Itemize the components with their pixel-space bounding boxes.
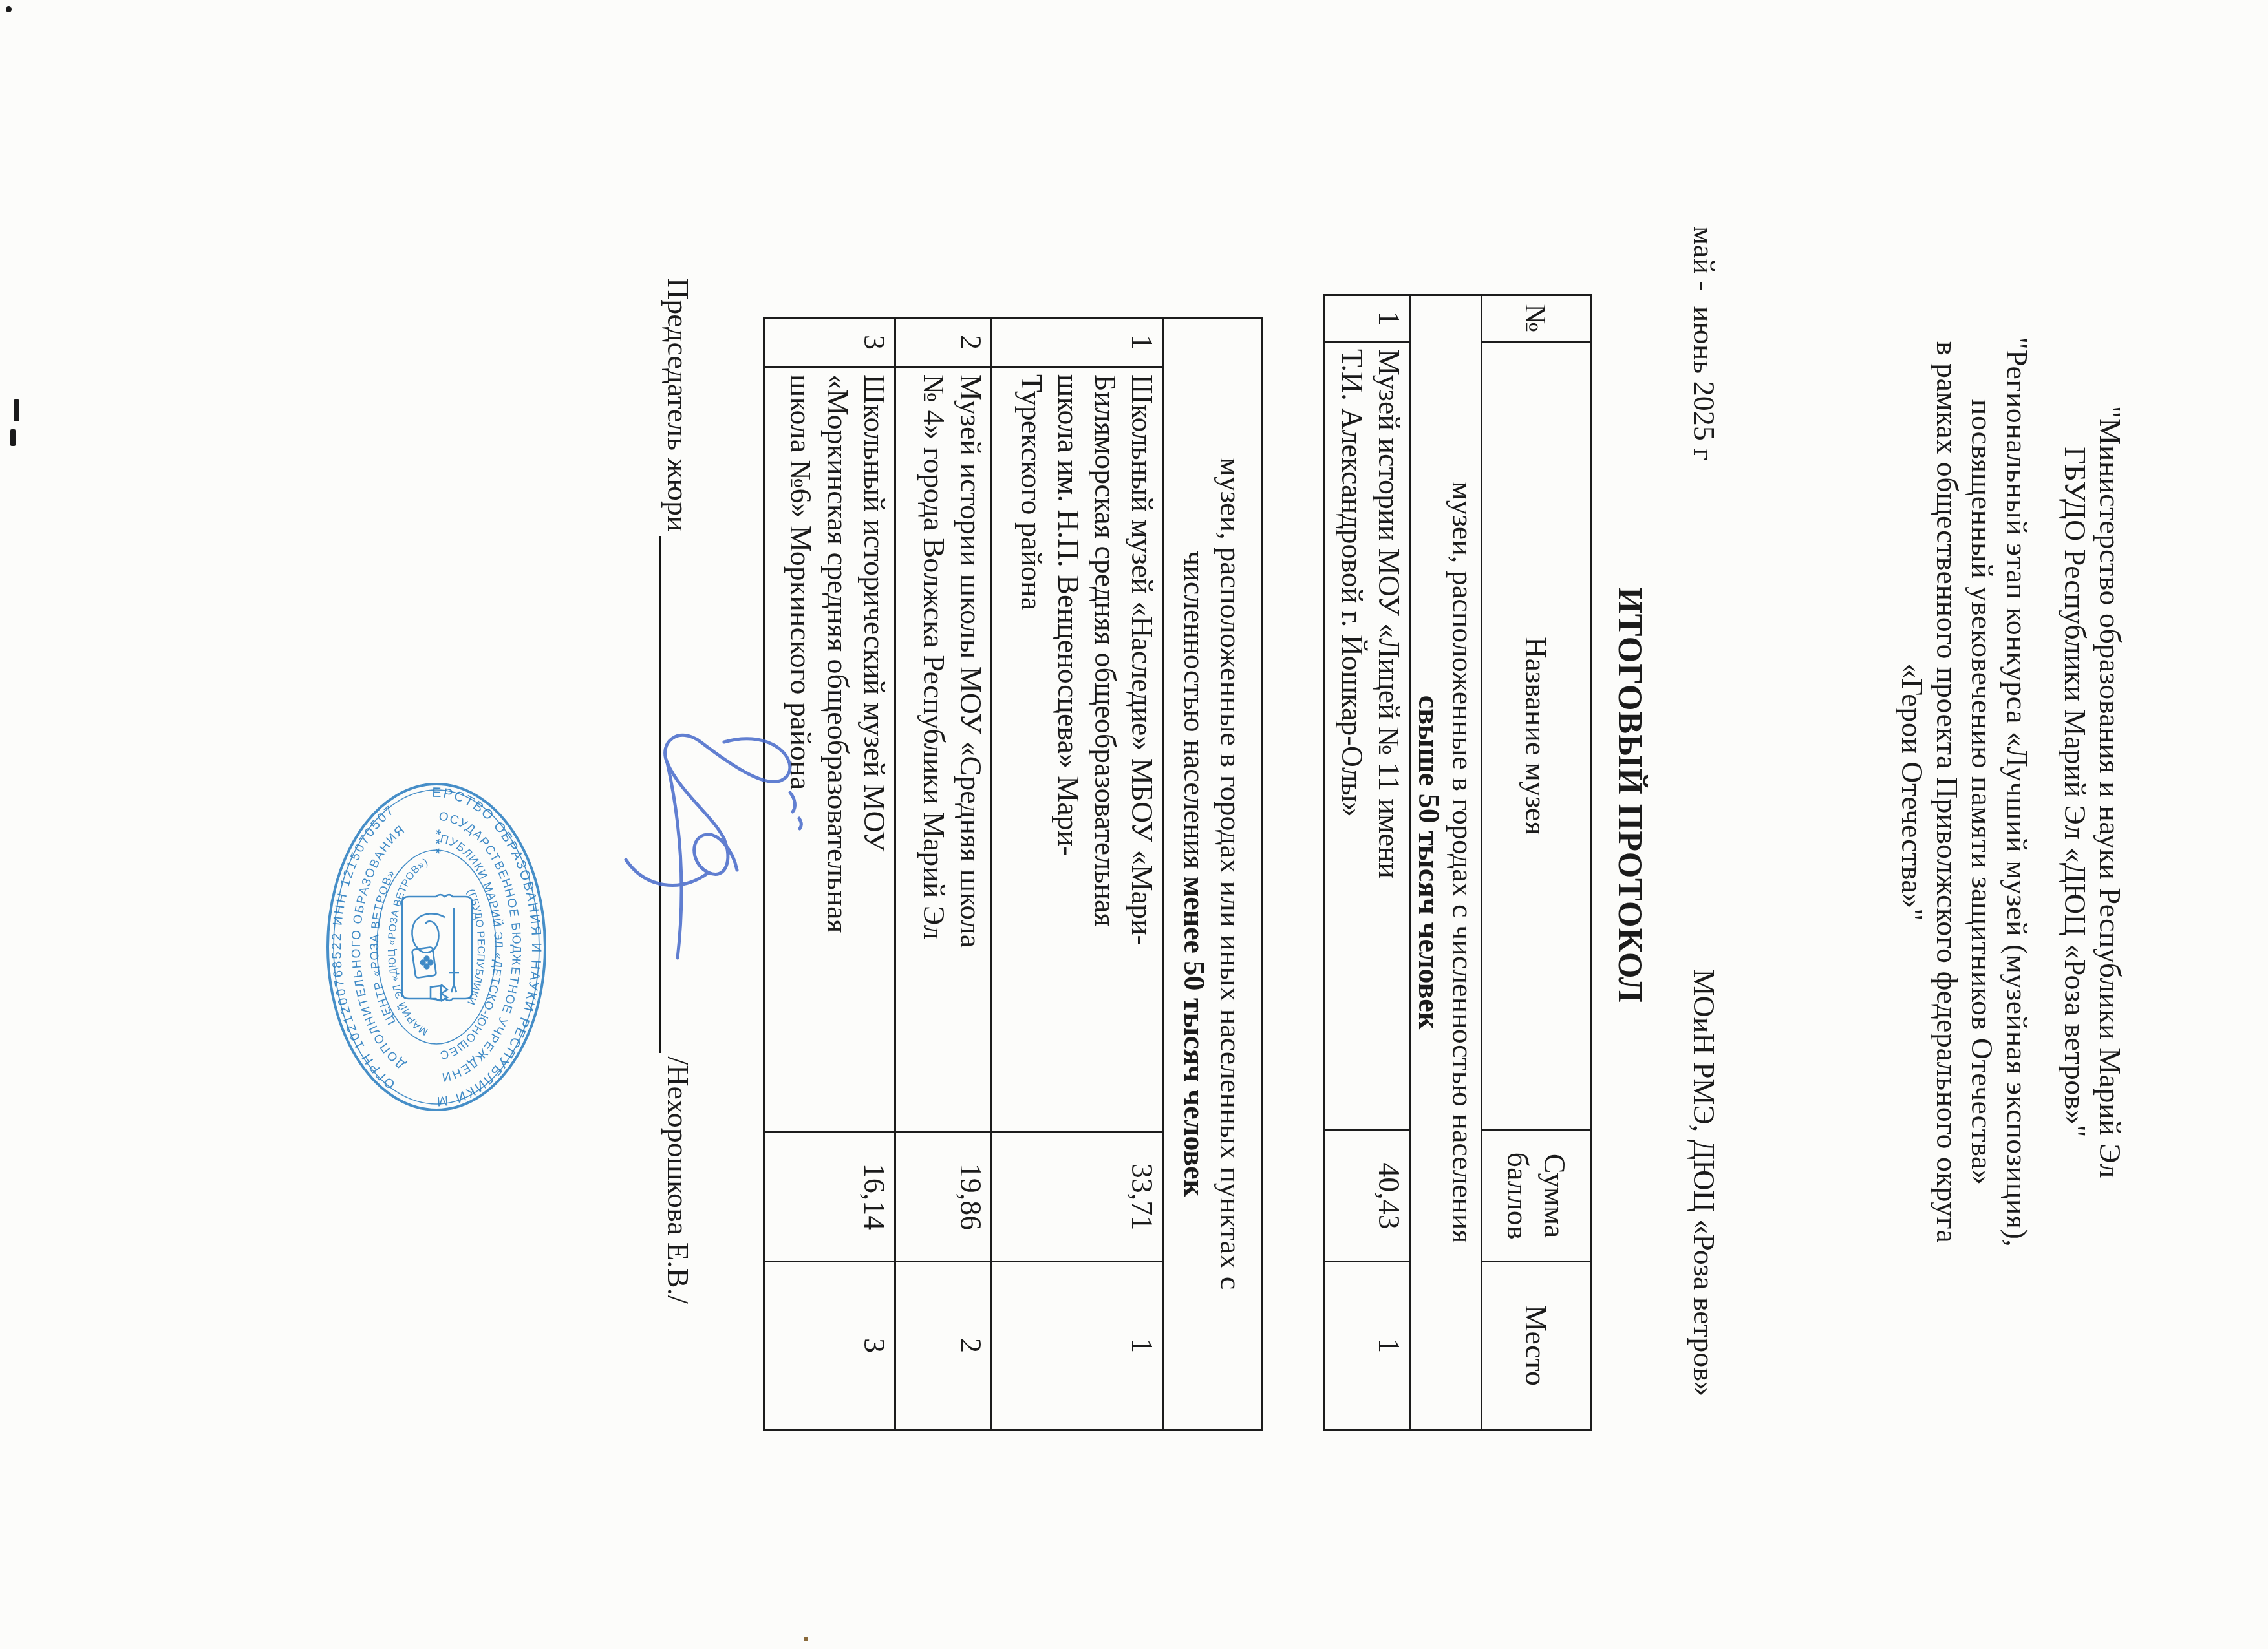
header-line-ministry: "Министерство образования и науки Респуб… — [2092, 90, 2127, 1494]
header-line-contest-2: посвященный увековечению памяти защитник… — [1964, 90, 1999, 1494]
museum-name: Музей истории школы МОУ «Средняя школа №… — [895, 367, 992, 1133]
row-number: 2 — [895, 318, 992, 367]
page-title: ИТОГОВЫЙ ПРОТОКОЛ — [1610, 0, 1649, 1590]
svg-text:МАРИЙ ЭЛ «ДЮЦ «РОЗА ВЕТРОВ»): МАРИЙ ЭЛ «ДЮЦ «РОЗА ВЕТРОВ») — [387, 856, 430, 1037]
row-number: 1 — [1324, 295, 1410, 342]
section2-line1: музеи, расположенные в городах или иных … — [1212, 325, 1248, 1422]
section-cell-under-50k: музеи, расположенные в городах или иных … — [1163, 318, 1262, 1430]
svg-text:(ГБУДО РЕСПУБЛИКИ: (ГБУДО РЕСПУБЛИКИ — [465, 888, 486, 1006]
column-header-name: Название музея — [1482, 342, 1591, 1131]
official-round-stamp: МИНИСТЕРСТВО ОБРАЗОВАНИЯ И НАУКИ РЕСПУБЛ… — [323, 779, 550, 1115]
scan-artifact — [6, 6, 12, 12]
table-row: 2 Музей истории школы МОУ «Средняя школа… — [895, 318, 992, 1430]
section1-line1: музеи, расположенные в городах с численн… — [1446, 303, 1479, 1422]
museum-name-line: Музей истории МОУ «Лицей № 11 имени — [1371, 349, 1407, 1123]
museum-name-line: школа им. Н.П. Венценосцева» Мари- — [1050, 374, 1087, 1125]
handwritten-signature — [618, 666, 812, 976]
rotated-scan-content: "Министерство образования и науки Респуб… — [0, 0, 2268, 1649]
signatory-name: /Нехорошкова Е.В./ — [659, 1057, 696, 1304]
organization-abbr: МОиН РМЭ, ДЮЦ «Роза ветров» — [1685, 970, 1722, 1396]
section-row-over-50k: музеи, расположенные в городах с численн… — [1410, 295, 1482, 1430]
column-header-score: Сумма баллов — [1482, 1131, 1591, 1262]
column-header-score-line2: баллов — [1499, 1138, 1536, 1254]
museum-name-line: «Моркинская средняя общеобразовательная — [819, 374, 856, 1125]
museum-name-line: Школьный музей «Наследие» МБОУ «Мари- — [1124, 374, 1161, 1125]
score-value: 33,71 — [992, 1133, 1163, 1262]
header-line-contest-1: "Региональный этап конкурса «Лучший музе… — [1999, 90, 2034, 1494]
section-row-under-50k: музеи, расположенные в городах или иных … — [1163, 318, 1262, 1430]
place-value: 3 — [764, 1262, 895, 1430]
place-value: 1 — [1324, 1262, 1410, 1430]
table-header-row: № Название музея Сумма баллов Место — [1482, 295, 1591, 1430]
museum-name-line: Турекского района — [1013, 374, 1050, 1125]
column-header-place: Место — [1482, 1262, 1591, 1430]
scan-artifact — [14, 399, 19, 421]
protocol-document: "Министерство образования и науки Респуб… — [0, 0, 2268, 1649]
stamp-stars: * * * — [428, 829, 444, 854]
row-number: 3 — [764, 318, 895, 367]
section-cell-over-50k: музеи, расположенные в городах с численн… — [1410, 295, 1482, 1430]
museum-name-line: Школьный исторический музей МОУ — [856, 374, 893, 1125]
score-value: 40,43 — [1324, 1131, 1410, 1262]
museum-name: Школьный музей «Наследие» МБОУ «Мари- Би… — [992, 367, 1163, 1133]
score-value: 16,14 — [764, 1133, 895, 1262]
table-row: 1 Музей истории МОУ «Лицей № 11 имени Т.… — [1324, 295, 1410, 1430]
section2-line2-regular: численностью населения — [1178, 551, 1211, 877]
column-header-score-line1: Сумма — [1536, 1138, 1573, 1254]
museum-name: Музей истории МОУ «Лицей № 11 имени Т.И.… — [1324, 342, 1410, 1131]
results-table-under-50k: музеи, расположенные в городах или иных … — [763, 317, 1263, 1431]
date-range: май - июнь 2025 г — [1685, 226, 1722, 460]
section1-bold-line: свыше 50 тысяч человек — [1412, 303, 1446, 1422]
section2-bold-line: менее 50 тысяч человек — [1178, 877, 1211, 1197]
score-value: 19,86 — [895, 1133, 992, 1262]
place-value: 2 — [895, 1262, 992, 1430]
stamp-coat-of-arms — [402, 895, 472, 1001]
stamp-ring4-bottom-text: МАРИЙ ЭЛ «ДЮЦ «РОЗА ВЕТРОВ») — [387, 856, 430, 1037]
section2-line2: численностью населения менее 50 тысяч че… — [1176, 325, 1212, 1422]
scanned-protocol-page: "Министерство образования и науки Респуб… — [0, 0, 2268, 1649]
column-header-num: № — [1482, 295, 1591, 342]
document-header: "Министерство образования и науки Респуб… — [1894, 90, 2127, 1494]
museum-name-line: Биляморская средняя общеобразовательная — [1087, 374, 1124, 1125]
header-line-contest-3: в рамках общественного проекта Приволжск… — [1929, 90, 1964, 1494]
stamp-ring4-top-text: (ГБУДО РЕСПУБЛИКИ — [465, 888, 486, 1006]
scan-artifact — [10, 429, 16, 446]
results-table-over-50k: № Название музея Сумма баллов Место музе… — [1323, 294, 1592, 1431]
header-line-contest-4: «Герои Отечества»" — [1894, 90, 1929, 1494]
signature-label: Председатель жюри — [659, 278, 696, 532]
scan-artifact — [804, 1637, 808, 1641]
meta-row: май - июнь 2025 г МОиН РМЭ, ДЮЦ «Роза ве… — [1685, 226, 1722, 1396]
header-line-gbudo: ГБУДО Республики Марий Эл «ДЮЦ «Роза вет… — [2057, 90, 2092, 1494]
museum-name-line: № 4» города Волжска Республики Марий Эл — [915, 374, 952, 1125]
museum-name-line: Музей истории школы МОУ «Средняя школа — [952, 374, 989, 1125]
table-row: 1 Школьный музей «Наследие» МБОУ «Мари- … — [992, 318, 1163, 1430]
museum-name-line: Т.И. Александровой г. Йошкар-Олы» — [1334, 349, 1371, 1123]
row-number: 1 — [992, 318, 1163, 367]
place-value: 1 — [992, 1262, 1163, 1430]
